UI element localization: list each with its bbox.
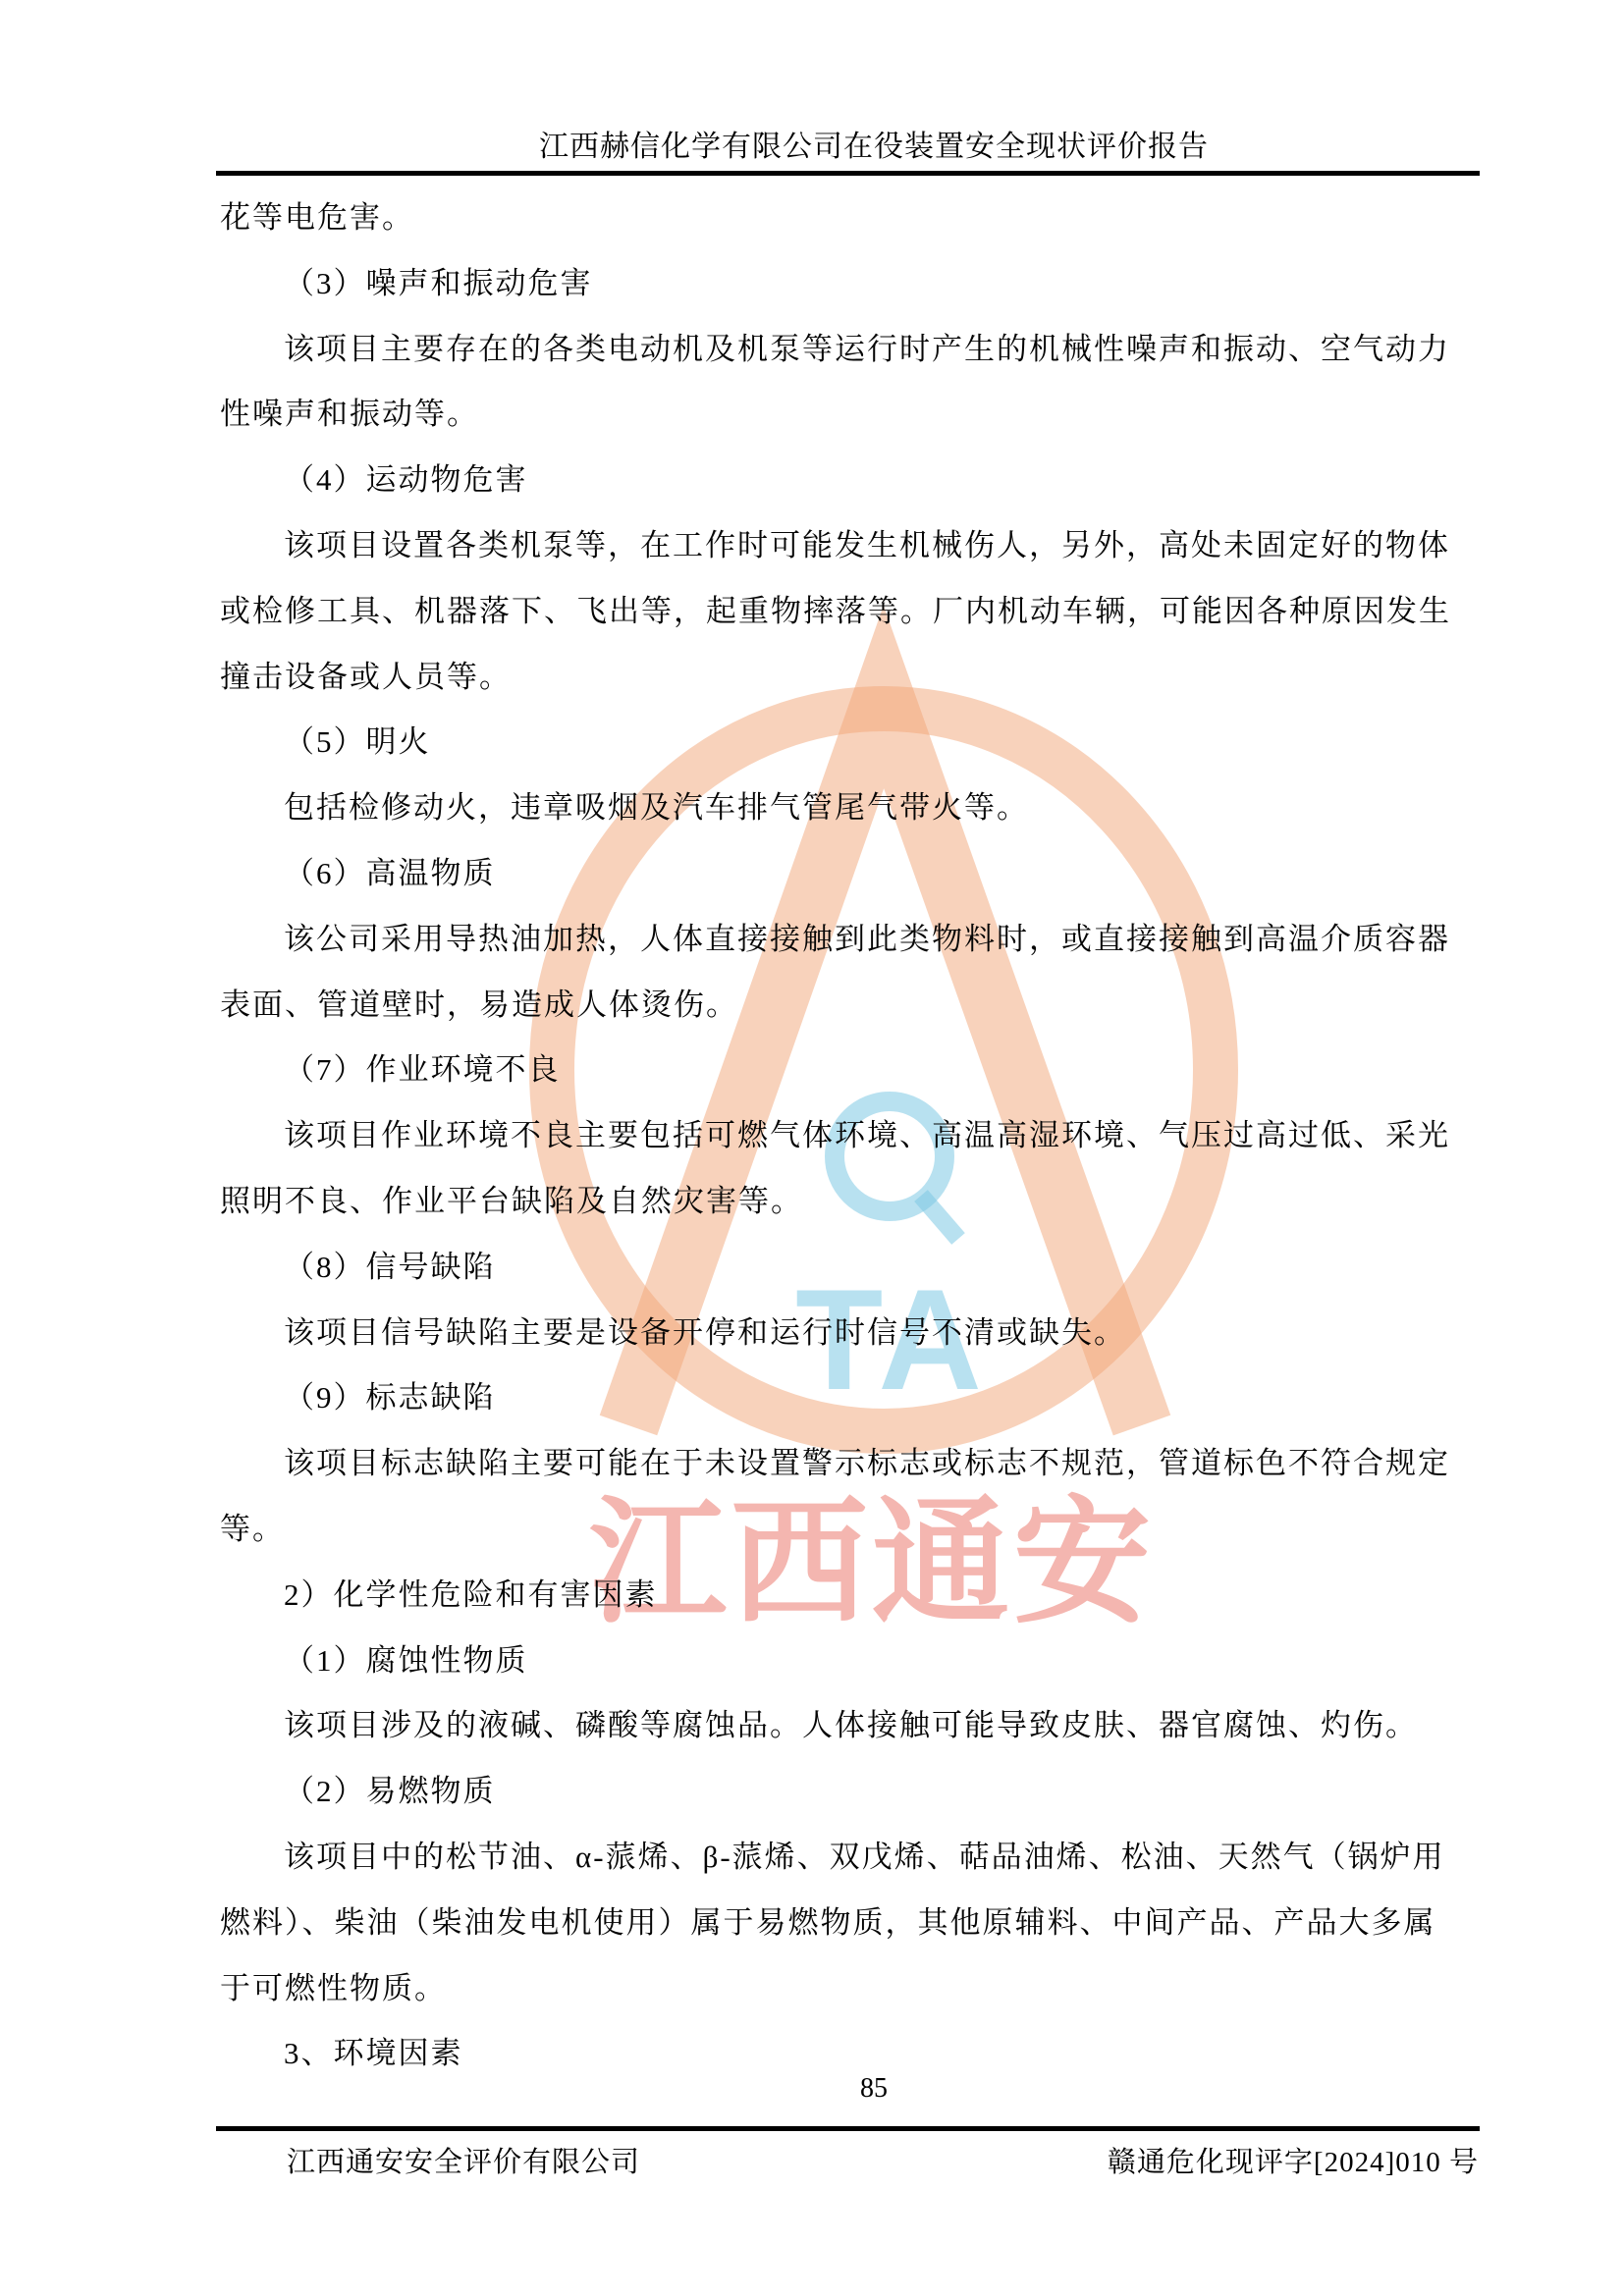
body-line: （7）作业环境不良 [284, 1050, 561, 1090]
body-line: （2）易燃物质 [284, 1772, 496, 1811]
footer-divider [216, 2126, 1480, 2131]
body-line: 等。 [220, 1510, 285, 1549]
page-number: 85 [860, 2073, 888, 2105]
document-body: 花等电危害。（3）噪声和振动危害该项目主要存在的各类电动机及机泵等运行时产生的机… [0, 0, 1624, 2296]
body-line: 或检修工具、机器落下、飞出等，起重物摔落等。厂内机动车辆，可能因各种原因发生 [220, 592, 1451, 631]
body-line: 花等电危害。 [220, 198, 414, 238]
body-line: （3）噪声和振动危害 [284, 264, 593, 303]
body-line: 照明不良、作业平台缺陷及自然灾害等。 [220, 1182, 803, 1221]
footer-company: 江西通安安全评价有限公司 [287, 2140, 640, 2180]
body-line: 表面、管道壁时，易造成人体烫伤。 [220, 986, 738, 1025]
report-header-title: 江西赫信化学有限公司在役装置安全现状评价报告 [539, 122, 1209, 165]
footer-doc-number: 赣通危化现评字[2024]010 号 [1108, 2140, 1479, 2180]
body-line: （8）信号缺陷 [284, 1248, 496, 1287]
header-divider [216, 171, 1480, 176]
body-line: 该项目作业环境不良主要包括可燃气体环境、高温高湿环境、气压过高过低、采光 [284, 1116, 1450, 1155]
body-line: 该公司采用导热油加热，人体直接接触到此类物料时，或直接接触到高温介质容器 [284, 920, 1450, 959]
body-line: （9）标志缺陷 [284, 1378, 496, 1417]
body-line: （5）明火 [284, 722, 431, 762]
body-line: 该项目主要存在的各类电动机及机泵等运行时产生的机械性噪声和振动、空气动力 [284, 330, 1450, 369]
body-line: 2）化学性危险和有害因素 [284, 1575, 658, 1615]
body-line: 包括检修动火，违章吸烟及汽车排气管尾气带火等。 [284, 788, 1029, 828]
body-line: 该项目信号缺陷主要是设备开停和运行时信号不清或缺失。 [284, 1313, 1126, 1353]
body-line: （1）腐蚀性物质 [284, 1641, 528, 1681]
body-line: 性噪声和振动等。 [220, 395, 479, 434]
body-line: 撞击设备或人员等。 [220, 658, 512, 697]
body-line: 于可燃性物质。 [220, 1969, 447, 2008]
body-line: 该项目中的松节油、α-蒎烯、β-蒎烯、双戊烯、萜品油烯、松油、天然气（锅炉用 [284, 1838, 1445, 1877]
document-page: TA 江西通安 江西赫信化学有限公司在役装置安全现状评价报告 花等电危害。（3）… [0, 0, 1624, 2296]
body-line: （6）高温物质 [284, 854, 496, 893]
body-line: 该项目设置各类机泵等，在工作时可能发生机械伤人，另外，高处未固定好的物体 [284, 526, 1450, 565]
body-line: 3、环境因素 [284, 2034, 463, 2073]
body-line: （4）运动物危害 [284, 460, 528, 500]
body-line: 燃料）、柴油（柴油发电机使用）属于易燃物质，其他原辅料、中间产品、产品大多属 [220, 1903, 1436, 1943]
body-line: 该项目标志缺陷主要可能在于未设置警示标志或标志不规范，管道标色不符合规定 [284, 1444, 1450, 1483]
body-line: 该项目涉及的液碱、磷酸等腐蚀品。人体接触可能导致皮肤、器官腐蚀、灼伤。 [284, 1706, 1418, 1745]
